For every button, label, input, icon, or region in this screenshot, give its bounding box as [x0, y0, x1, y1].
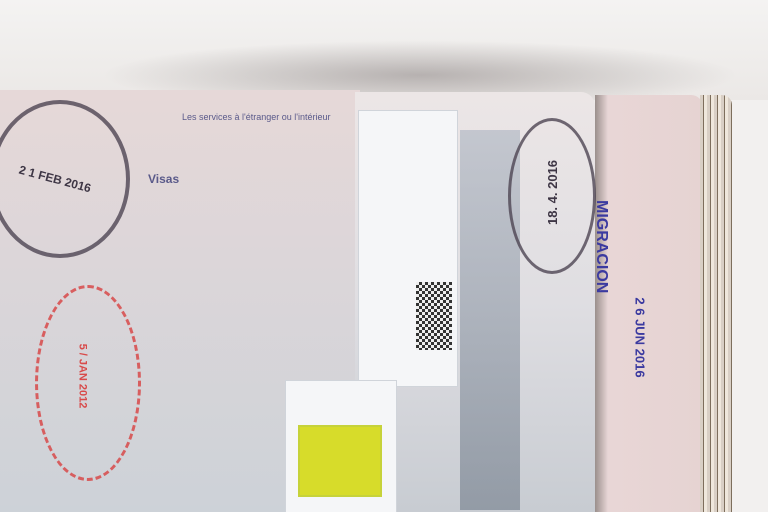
- passport-page-edges: [700, 95, 732, 512]
- yellow-stamp: [298, 425, 382, 497]
- passport-page-right: [595, 95, 703, 512]
- visas-label: Visas: [148, 172, 179, 186]
- entrada-stamp-date: 18. 4. 2016: [545, 160, 560, 225]
- red-stamp-date: 5 / JAN 2012: [76, 344, 88, 409]
- migracion-stamp-date: 2 6 JUN 2016: [633, 297, 648, 377]
- page-header-text: Les services à l'étranger ou l'intérieur: [182, 112, 331, 122]
- qr-code: [416, 282, 452, 350]
- migracion-stamp-text: MIGRACION: [592, 200, 610, 293]
